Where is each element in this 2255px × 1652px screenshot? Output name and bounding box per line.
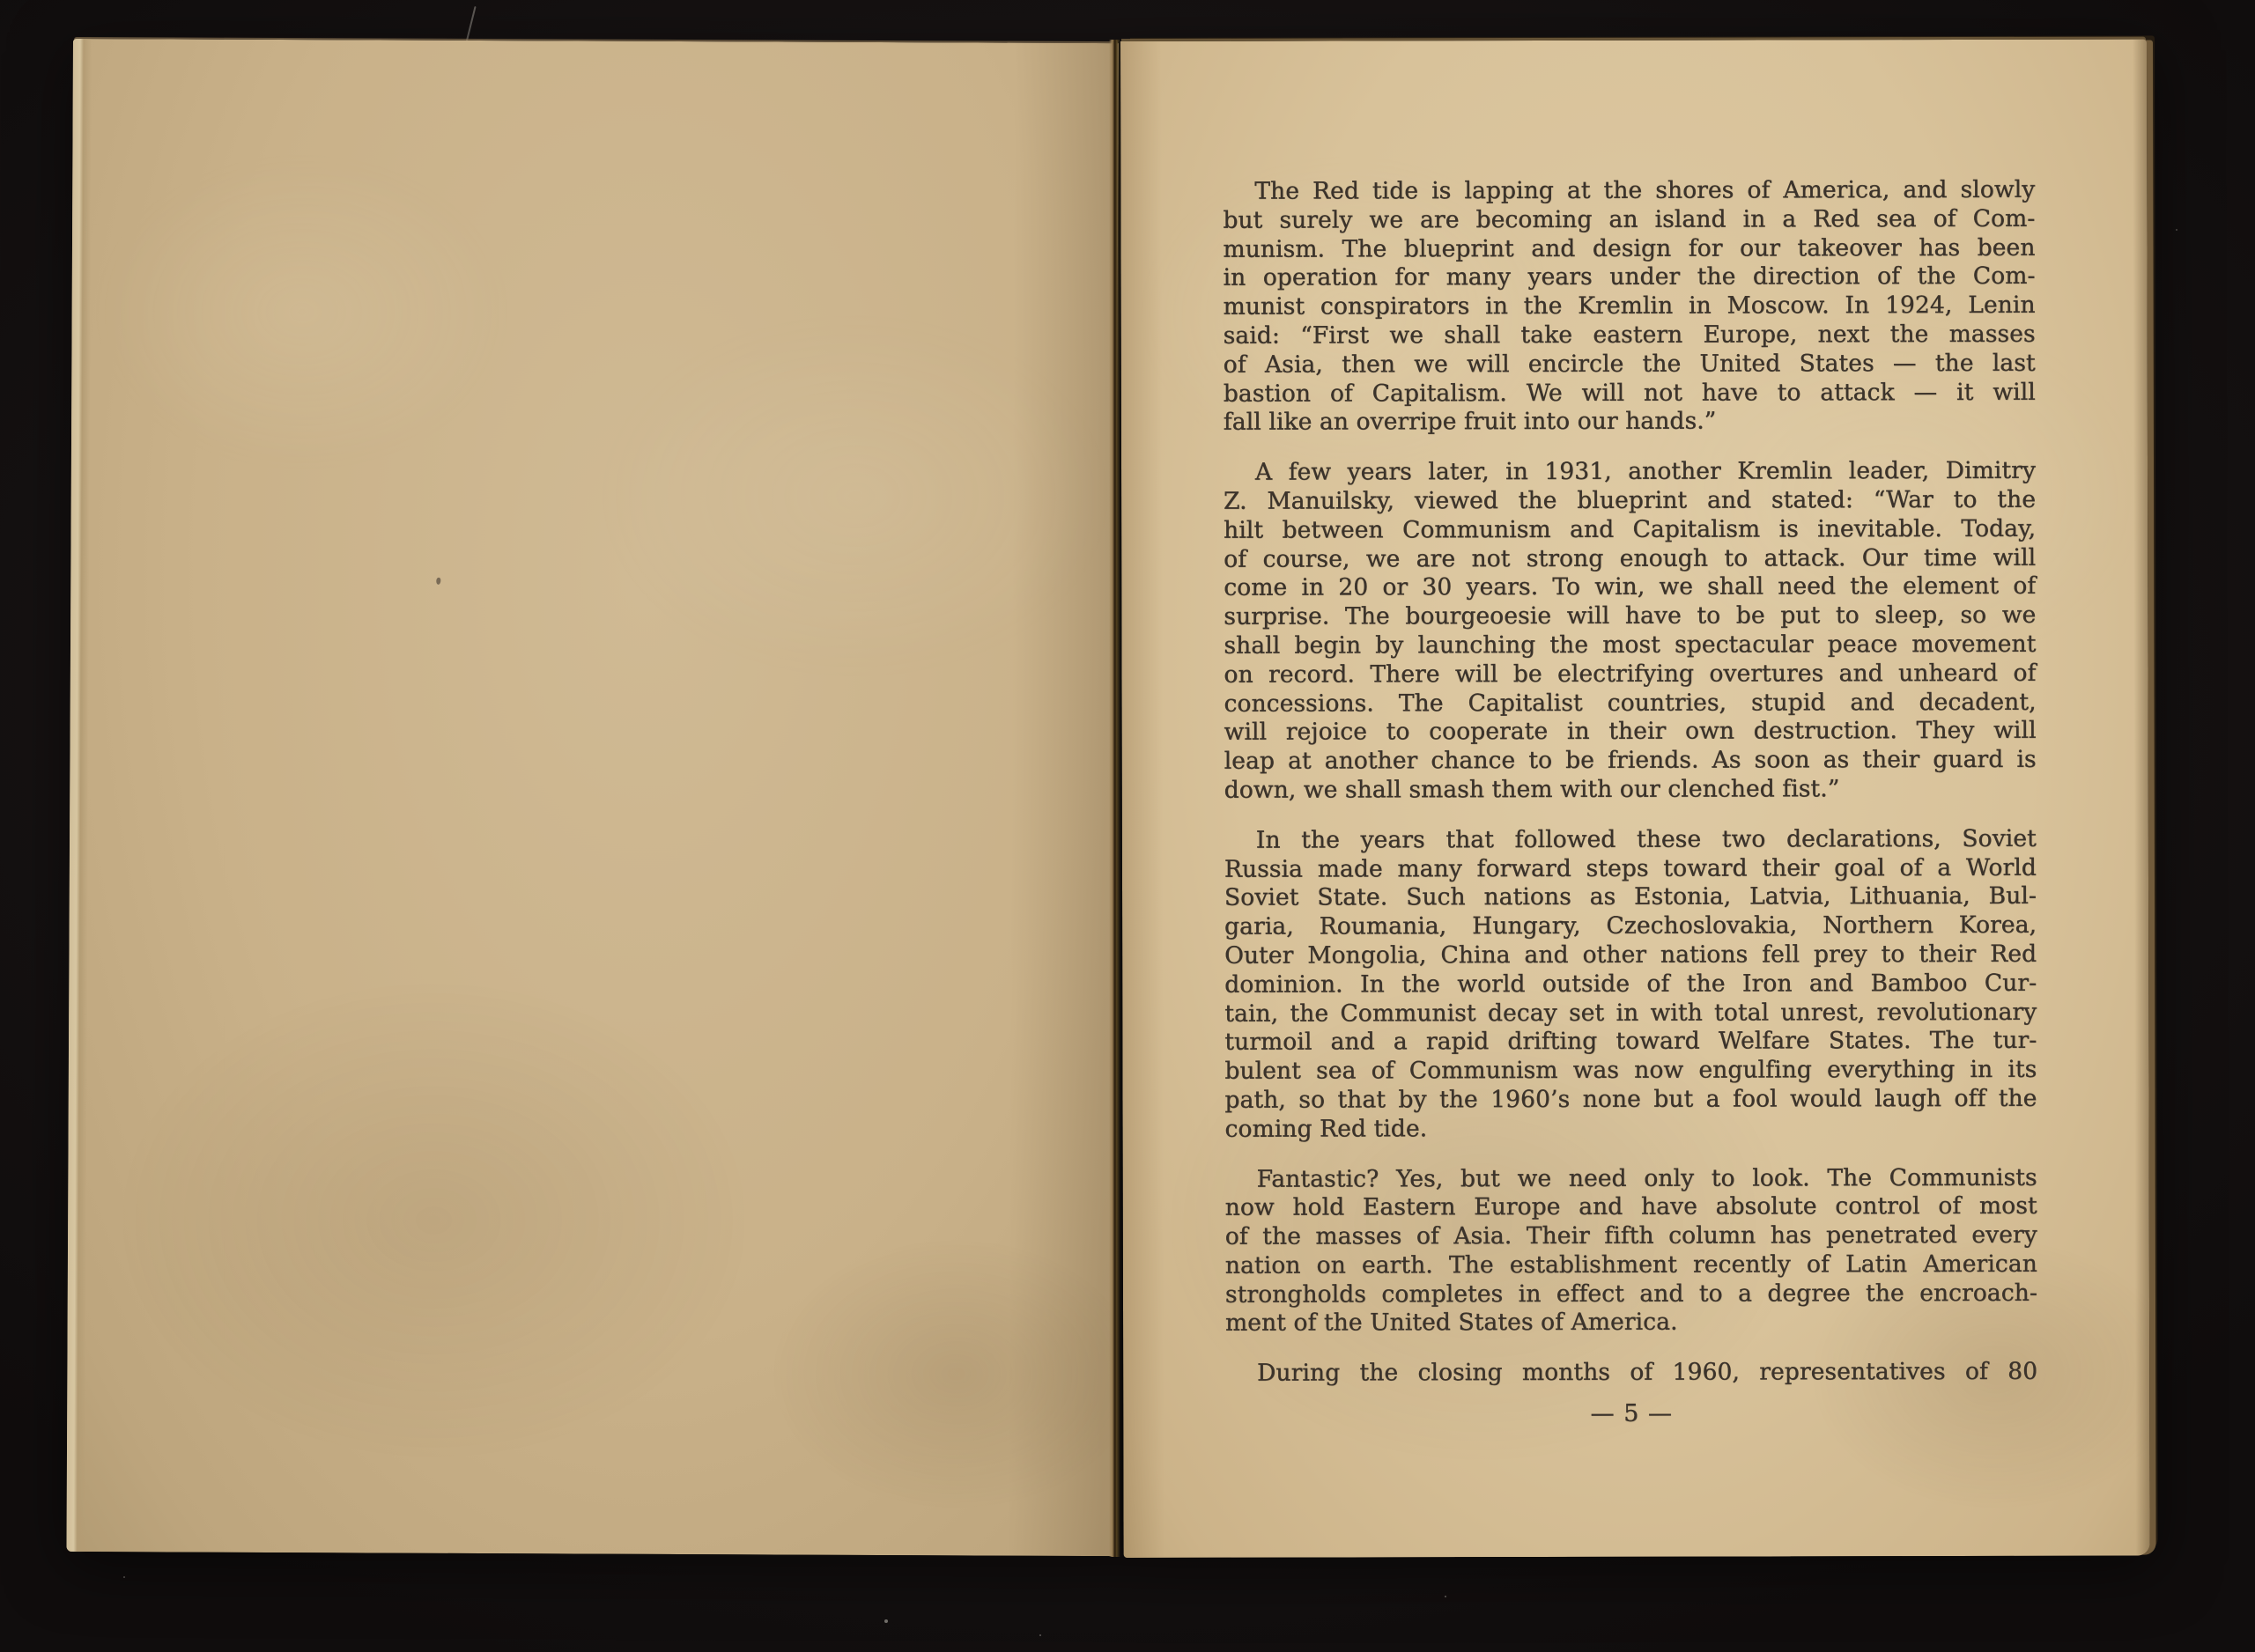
text-line: coming Red tide. [1225,1114,2037,1145]
paragraph: Fantastic? Yes, but we need only to look… [1225,1163,2037,1339]
text-line: munist conspirators in the Kremlin in Mo… [1224,291,2036,322]
text-line: of Asia, then we will encircle the Unite… [1224,350,2036,380]
text-line: said: “First we shall take eastern Europ… [1224,321,2036,351]
text-line: of course, we are not strong enough to a… [1224,543,2036,574]
text-line: Outer Mongolia, China and other nations … [1224,940,2037,971]
book-gutter [1109,40,1120,1557]
text-line: hilt between Communism and Capitalism is… [1224,515,2036,546]
text-line: bastion of Capitalism. We will not have … [1224,378,2036,409]
text-line: tain, the Communist decay set in with to… [1224,998,2037,1029]
text-line: bulent sea of Communism was now engulfin… [1224,1056,2037,1087]
text-line: strongholds completes in effect and to a… [1225,1280,2037,1310]
text-line: of the masses of Asia. Their fifth colum… [1225,1221,2037,1252]
paragraphs: The Red tide is lapping at the shores of… [1223,176,2037,1389]
text-line: garia, Roumania, Hungary, Czechoslovakia… [1224,911,2037,942]
text-line: shall begin by launching the most specta… [1224,631,2036,661]
text-line: path, so that by the 1960’s none but a f… [1224,1085,2037,1116]
right-page-fore-edge [2133,40,2150,1556]
text-line: concessions. The Capitalist countries, s… [1224,688,2037,719]
right-page: The Red tide is lapping at the shores of… [1120,40,2150,1558]
text-line: munism. The blueprint and design for our… [1223,233,2035,264]
photo-backdrop: The Red tide is lapping at the shores of… [0,0,2255,1652]
left-page-fore-edge [67,39,92,1552]
text-line: Z. Manuilsky, viewed the blueprint and s… [1224,486,2036,517]
text-line: Fantastic? Yes, but we need only to look… [1225,1163,2037,1194]
text-line: A few years later, in 1931, another Krem… [1224,457,2036,488]
text-line: turmoil and a rapid drifting toward Welf… [1224,1027,2037,1058]
text-line: In the years that followed these two dec… [1224,825,2037,856]
page-text-block: The Red tide is lapping at the shores of… [1223,176,2037,1428]
text-line: Soviet State. Such nations as Estonia, L… [1224,882,2037,913]
text-line: ment of the United States of America. [1225,1308,2037,1339]
text-line: will rejoice to cooperate in their own d… [1224,717,2037,748]
text-line: Russia made many forward steps toward th… [1224,853,2037,884]
page-number: — 5 — [1225,1399,2037,1428]
paragraph: The Red tide is lapping at the shores of… [1223,176,2036,438]
left-page-blank [67,39,1119,1556]
paragraph: During the closing months of 1960, repre… [1225,1358,2037,1389]
text-line: down, we shall smash them with our clenc… [1224,775,2037,806]
text-line: leap at another chance to be friends. As… [1224,746,2037,777]
text-line: in operation for many years under the di… [1224,262,2036,293]
text-line: surprise. The bourgeoesie will have to b… [1224,601,2036,632]
text-line: nation on earth. The establishment recen… [1225,1250,2037,1281]
text-line: come in 20 or 30 years. To win, we shall… [1224,572,2036,603]
paper-fleck [436,578,440,585]
text-line: but surely we are becoming an island in … [1223,205,2035,236]
text-line: fall like an overripe fruit into our han… [1224,407,2036,438]
paragraph: A few years later, in 1931, another Krem… [1224,457,2037,805]
text-line: dominion. In the world outside of the Ir… [1224,970,2037,1000]
text-line: now hold Eastern Europe and have absolut… [1225,1192,2037,1223]
paragraph: In the years that followed these two dec… [1224,825,2037,1145]
text-line: The Red tide is lapping at the shores of… [1223,176,2035,207]
open-booklet: The Red tide is lapping at the shores of… [0,0,2255,1652]
text-line: on record. There will be electrifying ov… [1224,660,2036,690]
paper-texture [67,39,1119,1556]
text-line: During the closing months of 1960, repre… [1225,1358,2037,1389]
